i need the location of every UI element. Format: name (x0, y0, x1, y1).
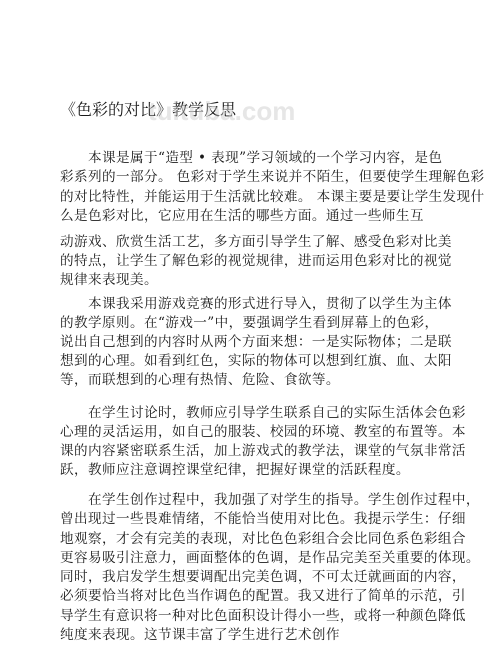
paragraph-4-line: 在学生创作过程中，我加强了对学生的指导。学生创作过程中， (88, 491, 480, 510)
paragraph-2-line: 本课我采用游戏竞赛的形式进行导入，贯彻了以学生为主体 (88, 295, 452, 314)
paragraph-1-line: 本课是属于“造型 • 表现”学习领域的一个学习内容，是色 (88, 149, 442, 168)
paragraph-1-line: 么是色彩对比，它应用在生活的哪些方面。通过一些师生互 (60, 207, 424, 226)
paragraph-3-line: 心理的灵活运用，如自己的服装、校园的环境、教室的布置等。本 (60, 423, 466, 442)
paragraph-4-line: 地观察，才会有完美的表现，对比色色彩组合会比同色系色彩组合 (60, 530, 466, 549)
paragraph-4-line: 更容易吸引注意力，画面整体的色调，是作品完美至关重要的体现。 (60, 549, 480, 568)
paragraph-1-line: 彩系列的一部分。 色彩对于学生来说并不陌生，但要使学生理解色彩 (60, 168, 485, 187)
watermark: tuituba.com (148, 96, 295, 127)
paragraph-4-line: 同时，我启发学生想要调配出完美色调，不可太迁就画面的内容， (60, 568, 466, 587)
paragraph-3-line: 在学生讨论时，教师应引导学生联系自己的实际生活体会色彩 (88, 404, 466, 423)
paragraph-4-line: 纯度来表现。这节课丰富了学生进行艺术创作 (60, 626, 340, 645)
paragraph-2-line: 说出自己想到的内容时从两个方面来想：一是实际物体；二是联 (60, 333, 452, 352)
paragraph-1-line: 的对比特性，并能运用于生活就比较难。 本课主要是要让学生发现什 (60, 188, 485, 207)
paragraph-2-line: 等，而联想到的心理有热情、危险、食欲等。 (60, 371, 340, 390)
paragraph-4-line: 曾出现过一些畏难情绪，不能恰当使用对比色。我提示学生：仔细 (60, 510, 466, 529)
paragraph-1-line: 动游戏、欣赏生活工艺，多方面引导学生了解、感受色彩对比美 (60, 233, 452, 252)
paragraph-3-line: 跃，教师应注意调控课堂纪律，把握好课堂的活跃程度。 (60, 461, 410, 480)
paragraph-1-line: 规律来表现美。 (60, 271, 158, 290)
paragraph-3-line: 课的内容紧密联系生活，加上游戏式的教学法，课堂的气氛非常活 (60, 442, 466, 461)
paragraph-4-line: 必须要恰当将对比色当作调色的配置。我又进行了简单的示范，引 (60, 587, 466, 606)
paragraph-2-line: 的教学原则。在“游戏一”中，要强调学生看到屏幕上的色彩， (60, 314, 439, 333)
paragraph-1-line: 的特点，让学生了解色彩的视觉规律，进而运用色彩对比的视觉 (60, 252, 452, 271)
paragraph-2-line: 想到的心理。如看到红色，实际的物体可以想到红旗、血、太阳 (60, 352, 452, 371)
paragraph-4-line: 导学生有意识将一种对比色面积设计得小一些，或将一种颜色降低 (60, 607, 466, 626)
